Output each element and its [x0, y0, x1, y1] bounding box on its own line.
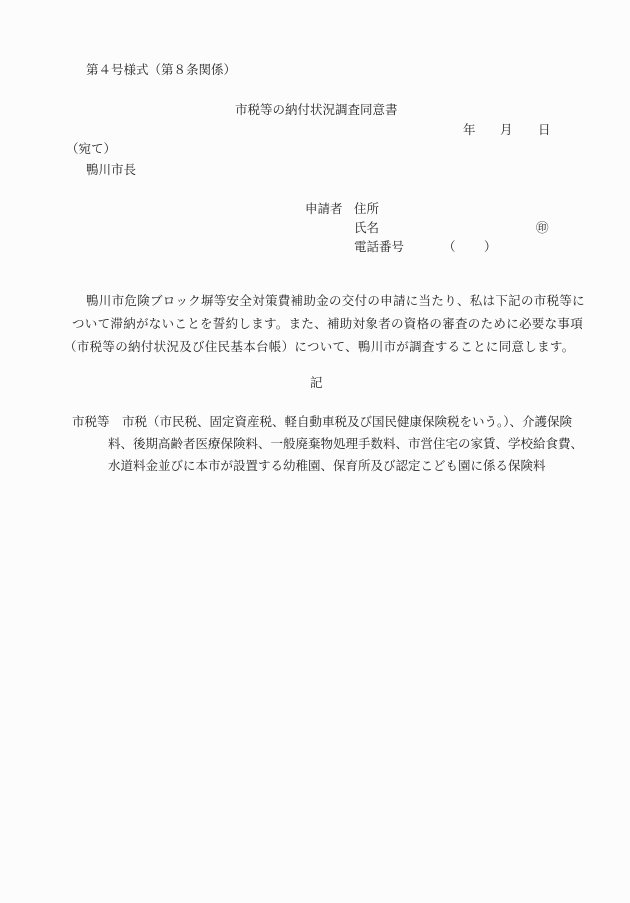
definition-line-2: 料、後期高齢者医療保険料、一般廃棄物処理手数料、市営住宅の家賃、学校給食費、: [108, 438, 583, 451]
body-line-3: （市税等の納付状況及び住民基本台帳）について、鴨川市が調査することに同意します。: [64, 341, 575, 354]
address-label: 住所: [354, 203, 379, 216]
definition-line-3: 水道料金並びに本市が設置する幼稚園、保育所及び認定こども園に係る保険料: [108, 460, 546, 473]
phone-paren-open: （: [443, 241, 456, 254]
definition-line-1: 市税（市民税、固定資産税、軽自動車税及び国民健康保険税をいう。）、介護保険: [122, 416, 572, 429]
form-number: 第４号様式（第８条関係）: [86, 64, 236, 77]
ki-heading: 記: [310, 377, 323, 390]
seal-mark-icon: ㊞: [536, 222, 549, 235]
date-day-label: 日: [538, 124, 551, 137]
applicant-label: 申請者: [305, 203, 343, 216]
body-line-1: 鴨川市危険ブロック塀等安全対策費補助金の交付の申請に当たり、私は下記の市税等に: [86, 295, 585, 308]
body-line-2: ついて滞納がないことを誓約します。また、補助対象者の資格の審査のために必要な事項: [72, 318, 583, 331]
addressee-prefix: （宛て）: [66, 143, 116, 156]
addressee-name: 鴨川市長: [86, 164, 136, 177]
document-title: 市税等の納付状況調査同意書: [235, 104, 398, 117]
date-month-label: 月: [500, 124, 513, 137]
name-label: 氏名: [354, 222, 379, 235]
phone-label: 電話番号: [354, 241, 404, 254]
phone-paren-close: ）: [484, 241, 497, 254]
definition-term: 市税等: [72, 416, 110, 429]
date-year-label: 年: [463, 124, 476, 137]
